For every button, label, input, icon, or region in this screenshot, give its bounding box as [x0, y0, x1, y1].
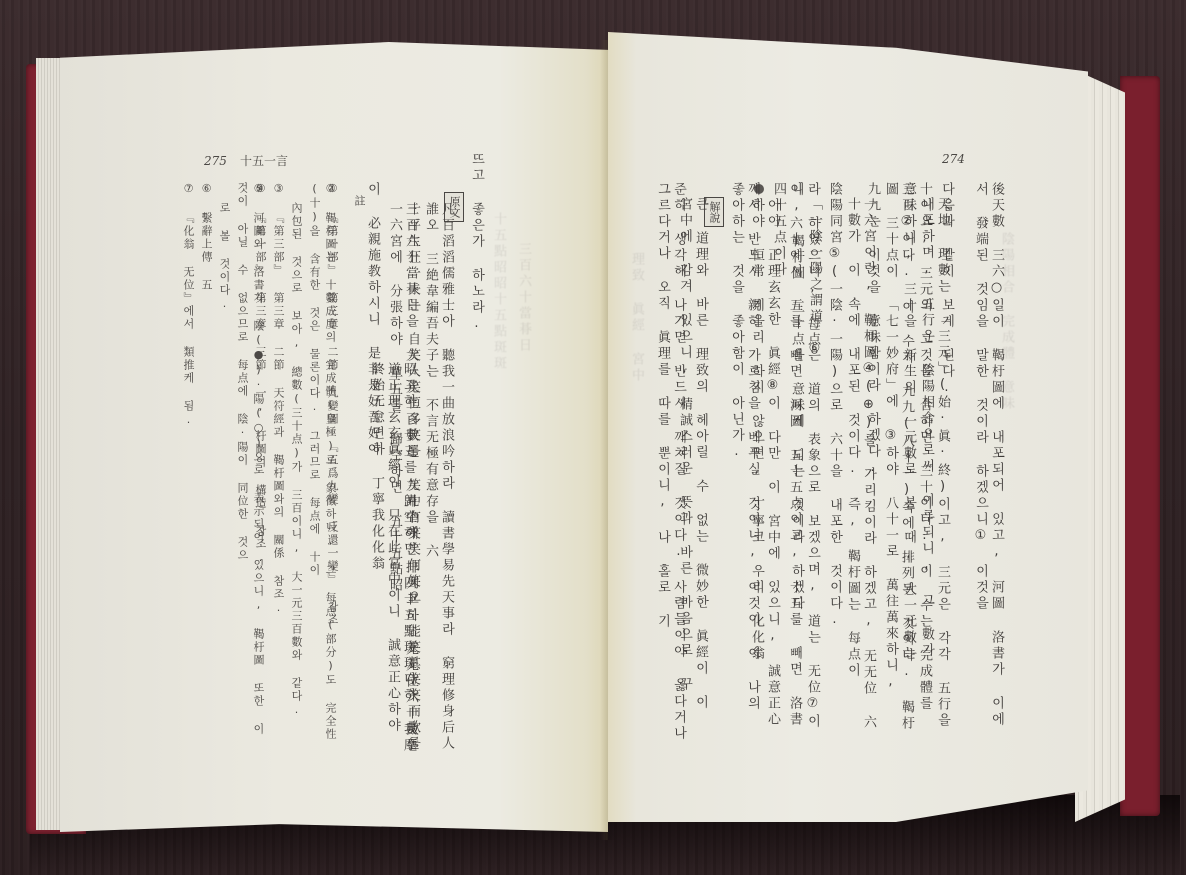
page-number: 275: [204, 154, 227, 168]
note-2-cont: 內包된 것으로 보아, 總數(三十点)가 三百이니, 大一元三百數와 같다.: [288, 202, 304, 718]
body-line-8: 陰陽同宮⑤(一陰·一陽)으로 六十을 내포한 것이다.: [826, 182, 842, 630]
running-head: 十五一言: [240, 152, 288, 169]
original-text-line-4: 昭고하 十五를 歸空하면 四十五點斑斑다하 我摩道正理玄玄眞經이 只在此宮中이니…: [368, 362, 416, 762]
note-6: ⑥ 繫辭上傳 五: [198, 182, 214, 292]
page-number: 274: [942, 152, 965, 166]
original-text-line-1: 凡百滔滔儒雅士아 聽我一曲放浪吟하라 讀書學易先天事라 窮理修身后人誰오 三絶韋…: [422, 202, 454, 762]
note-5-cont: 로 볼 것이다.: [216, 202, 232, 312]
book-cover-right-edge: [1120, 76, 1160, 816]
note-5: ⑤ 河圖와 洛書가 陰(●)·陽(○)으로 表示되어 있으니, 鞨杅圖 또한 이…: [234, 182, 266, 742]
left-page: 275 十五一言 ① 『第一部』 第三章 二節 九變圖 『五爲九變 反還一變』 …: [60, 42, 608, 832]
right-page: 274 後天數 三六○일이 鞨杅圖에 내포되어 있고, 河圖 洛書가 이에서 發…: [608, 32, 1088, 822]
verse-closing-2: 뜨고 좋은가 하노라.: [468, 152, 484, 334]
note-2: ② 鞨杅圖는 十數成度의 完成體(皇極)로 象徵하니, 그 每点(部分)도 完全…: [306, 182, 338, 742]
commentary-line-2: 준히 생각해 나가면 반드시 깨쳐질 것이다. 사람들이야 옳다거나 그르다거나…: [654, 182, 686, 742]
exclamation-line-2: 께서 반드시 親히 가르침을 베푸실 것이니, 이것이 이 나의 좋아하는 것을…: [728, 182, 760, 742]
note-7: ⑦ 『化翁 无位』에서 類推케 됨.: [180, 182, 196, 428]
note-3: ③ 『第三部』 第三章 二節 天符經과 鞨杅圖와의 關係 참조.: [270, 182, 286, 616]
body-line-5: 三百②이다. 이 수가 九九(八十一)속에 排列된 것이다. 鞨杅圖 三十点이 …: [882, 182, 914, 742]
body-line-7: 一六宮이란, 鞨杅圖④(⊕)를 가리킴이라 하겠고, 无无位 六十數가 이 속에…: [844, 197, 876, 742]
